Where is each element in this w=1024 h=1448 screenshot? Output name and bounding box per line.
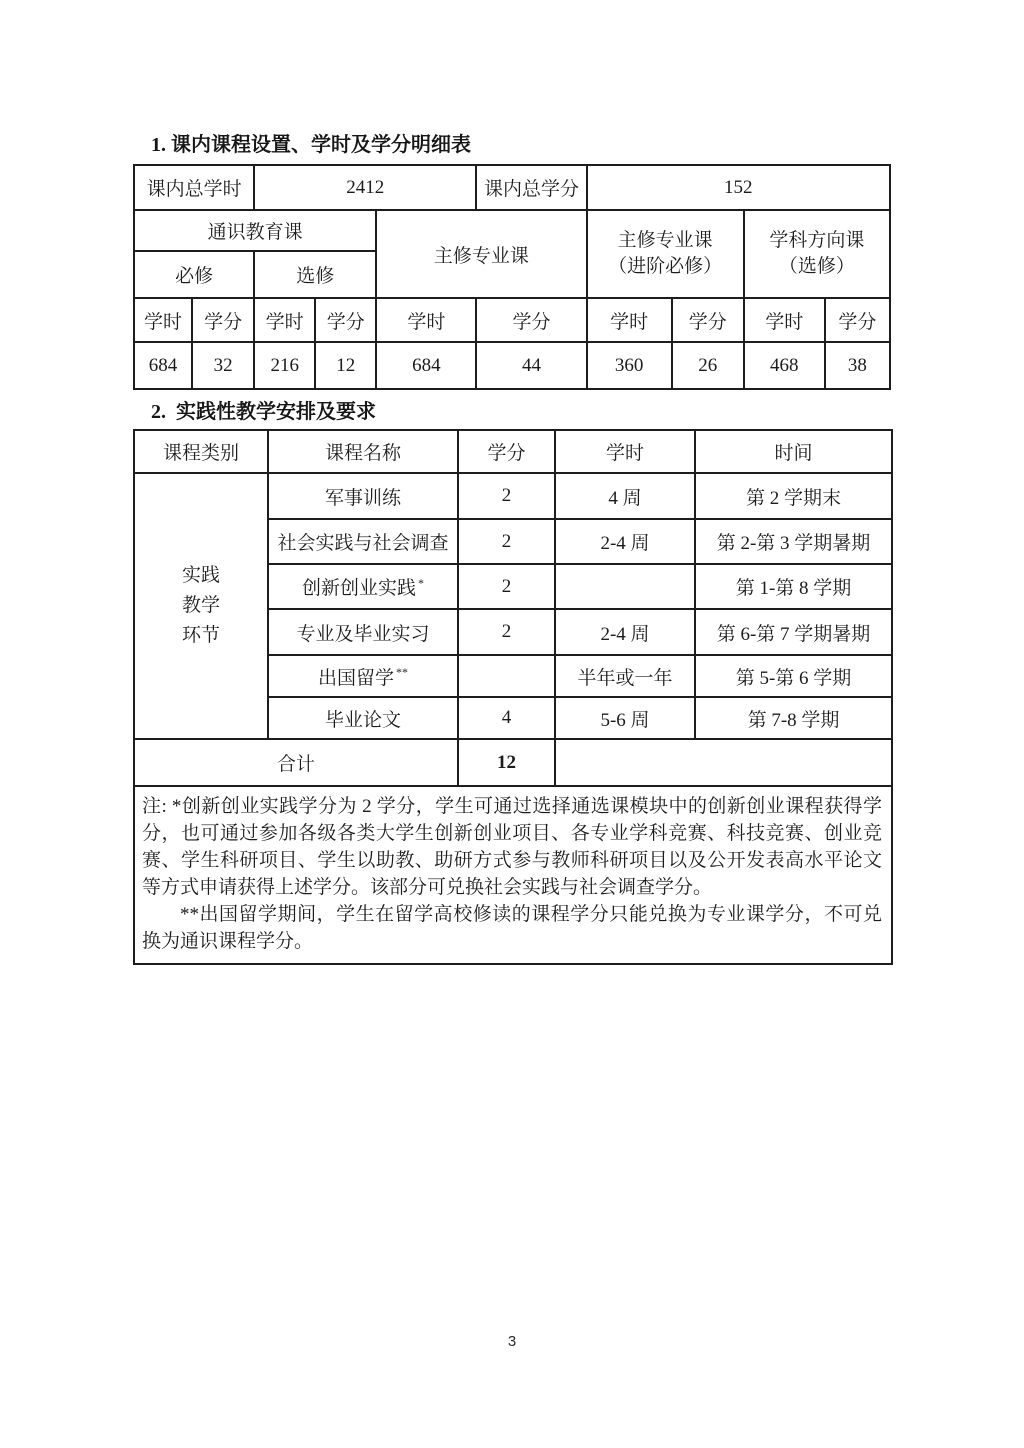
document-page: 1. 课内课程设置、学时及学分明细表 课内总学时 2412 课内总学分 152 … xyxy=(0,0,1024,1448)
value-cell: 360 xyxy=(587,342,672,389)
col-header-cell: 学时 xyxy=(555,430,695,473)
value-cell: 38 xyxy=(825,342,890,389)
practical-teaching-table: 课程类别 课程名称 学分 学时 时间 实践 教学 环节 军事训练 2 4 周 第… xyxy=(133,429,893,965)
value-cell: 684 xyxy=(134,342,192,389)
note-paragraph-1: 注: *创新创业实践学分为 2 学分，学生可通过选择通选课模块中的创新创业课程获… xyxy=(142,793,882,901)
col-header-cell: 课程名称 xyxy=(268,430,458,473)
col-header-cell: 学时 xyxy=(744,298,825,342)
course-name-cell: 毕业论文 xyxy=(268,697,458,739)
col-header-cell: 学分 xyxy=(476,298,586,342)
direction-label: 学科方向课 xyxy=(747,228,887,254)
general-required-cell: 必修 xyxy=(134,251,254,298)
table-total-row: 合计 12 xyxy=(134,739,892,786)
col-header-cell: 学时 xyxy=(376,298,476,342)
direction-sublabel: （选修） xyxy=(747,254,887,280)
table-row: 课内总学时 2412 课内总学分 152 xyxy=(134,165,890,210)
total-hours-label-cell: 课内总学时 xyxy=(134,165,254,210)
credits-cell xyxy=(458,655,555,697)
major-course-group-cell: 主修专业课 xyxy=(376,210,586,298)
major-advanced-group-cell: 主修专业课 （进阶必修） xyxy=(587,210,744,298)
col-header-cell: 学时 xyxy=(587,298,672,342)
table-values-row: 684 32 216 12 684 44 360 26 468 38 xyxy=(134,342,890,389)
table-row: 实践 教学 环节 军事训练 2 4 周 第 2 学期末 xyxy=(134,473,892,519)
table-header-row: 课程类别 课程名称 学分 学时 时间 xyxy=(134,430,892,473)
course-name-cell: 军事训练 xyxy=(268,473,458,519)
time-cell: 第 6-第 7 学期暑期 xyxy=(695,609,892,655)
hours-cell: 5-6 周 xyxy=(555,697,695,739)
col-header-cell: 学时 xyxy=(134,298,192,342)
value-cell: 26 xyxy=(672,342,744,389)
value-cell: 216 xyxy=(254,342,315,389)
notes-cell: 注: *创新创业实践学分为 2 学分，学生可通过选择通选课模块中的创新创业课程获… xyxy=(134,786,892,964)
value-cell: 684 xyxy=(376,342,476,389)
course-name: 军事训练 xyxy=(325,488,401,509)
general-education-group-cell: 通识教育课 xyxy=(134,210,376,251)
col-header-cell: 课程类别 xyxy=(134,430,268,473)
course-name-cell: 专业及毕业实习 xyxy=(268,609,458,655)
asterisk-mark: * xyxy=(418,576,424,590)
course-hours-credits-table: 课内总学时 2412 课内总学分 152 通识教育课 主修专业课 主修专业课 （… xyxy=(133,164,891,390)
course-name: 社会实践与社会调查 xyxy=(277,533,448,554)
hours-cell: 半年或一年 xyxy=(555,655,695,697)
col-header-cell: 时间 xyxy=(695,430,892,473)
value-cell: 44 xyxy=(476,342,586,389)
col-header-cell: 学分 xyxy=(192,298,254,342)
time-cell: 第 1-第 8 学期 xyxy=(695,564,892,609)
major-advanced-label: 主修专业课 xyxy=(590,228,741,254)
table-header-row: 学时 学分 学时 学分 学时 学分 学时 学分 学时 学分 xyxy=(134,298,890,342)
table-note-row: 注: *创新创业实践学分为 2 学分，学生可通过选择通选课模块中的创新创业课程获… xyxy=(134,786,892,964)
total-credits-value-cell: 152 xyxy=(587,165,890,210)
time-cell: 第 2 学期末 xyxy=(695,473,892,519)
general-elective-cell: 选修 xyxy=(254,251,376,298)
time-cell: 第 5-第 6 学期 xyxy=(695,655,892,697)
credits-cell: 2 xyxy=(458,519,555,564)
category-line: 环节 xyxy=(137,621,265,651)
double-asterisk-mark: ** xyxy=(396,665,408,679)
credits-cell: 2 xyxy=(458,564,555,609)
credits-cell: 2 xyxy=(458,473,555,519)
hours-cell: 2-4 周 xyxy=(555,519,695,564)
direction-group-cell: 学科方向课 （选修） xyxy=(744,210,890,298)
time-cell: 第 2-第 3 学期暑期 xyxy=(695,519,892,564)
col-header-cell: 学分 xyxy=(672,298,744,342)
course-name: 专业及毕业实习 xyxy=(296,624,429,645)
total-hours-value-cell: 2412 xyxy=(254,165,476,210)
total-credits-cell: 12 xyxy=(458,739,555,786)
value-cell: 12 xyxy=(315,342,376,389)
course-name-cell: 社会实践与社会调查 xyxy=(268,519,458,564)
major-advanced-sublabel: （进阶必修） xyxy=(590,254,741,280)
col-header-cell: 学时 xyxy=(254,298,315,342)
course-name: 毕业论文 xyxy=(325,710,401,731)
empty-cell xyxy=(555,739,892,786)
section2-heading: 2. 实践性教学安排及要求 xyxy=(151,399,893,425)
course-name-cell: 创新创业实践* xyxy=(268,564,458,609)
category-line: 教学 xyxy=(137,591,265,621)
course-name: 创新创业实践 xyxy=(302,578,416,599)
time-cell: 第 7-8 学期 xyxy=(695,697,892,739)
value-cell: 468 xyxy=(744,342,825,389)
col-header-cell: 学分 xyxy=(458,430,555,473)
hours-cell: 4 周 xyxy=(555,473,695,519)
hours-cell: 2-4 周 xyxy=(555,609,695,655)
credits-cell: 2 xyxy=(458,609,555,655)
total-label-cell: 合计 xyxy=(134,739,458,786)
course-name-cell: 出国留学** xyxy=(268,655,458,697)
value-cell: 32 xyxy=(192,342,254,389)
total-credits-label-cell: 课内总学分 xyxy=(476,165,586,210)
category-line: 实践 xyxy=(137,561,265,591)
section1-heading: 1. 课内课程设置、学时及学分明细表 xyxy=(151,132,893,158)
document-content: 1. 课内课程设置、学时及学分明细表 课内总学时 2412 课内总学分 152 … xyxy=(133,132,893,965)
table-row: 通识教育课 主修专业课 主修专业课 （进阶必修） 学科方向课 （选修） xyxy=(134,210,890,251)
hours-cell xyxy=(555,564,695,609)
course-name: 出国留学 xyxy=(318,668,394,689)
col-header-cell: 学分 xyxy=(315,298,376,342)
note-paragraph-2: **出国留学期间，学生在留学高校修读的课程学分只能兑换为专业课学分，不可兑换为通… xyxy=(142,901,882,955)
credits-cell: 4 xyxy=(458,697,555,739)
page-number: 3 xyxy=(0,1333,1024,1350)
col-header-cell: 学分 xyxy=(825,298,890,342)
category-cell: 实践 教学 环节 xyxy=(134,473,268,739)
